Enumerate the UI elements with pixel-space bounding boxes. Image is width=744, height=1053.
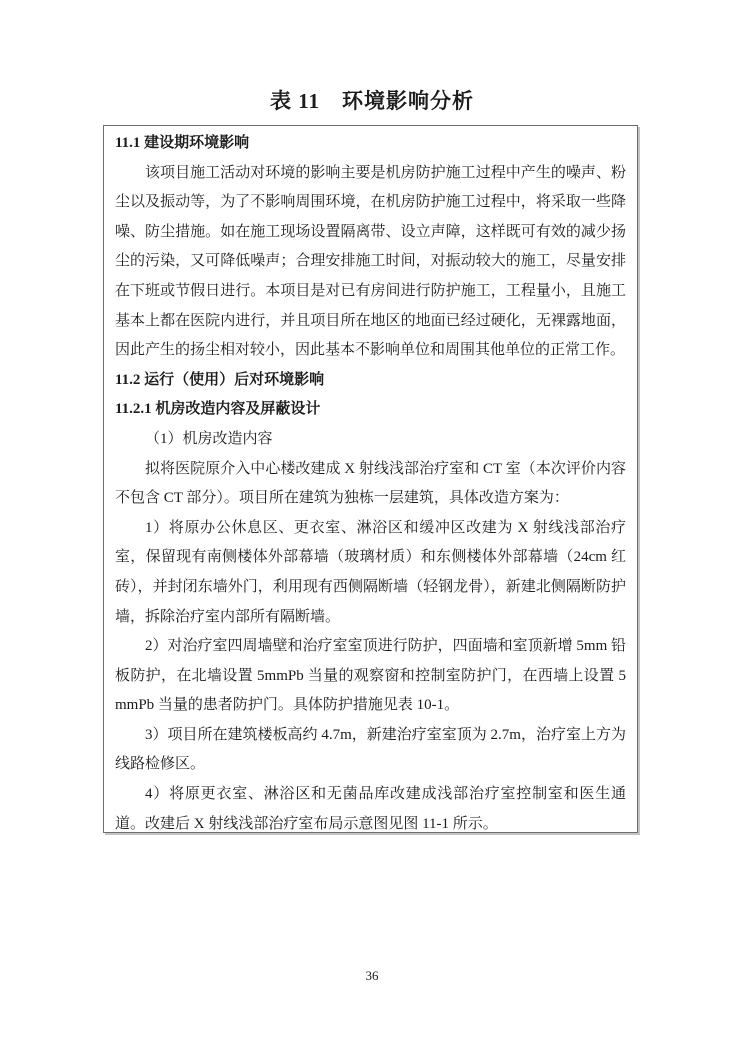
paragraph: 4）将原更衣室、淋浴区和无菌品库改建成浅部治疗室控制室和医生通道。改建后 X 射…: [115, 780, 626, 833]
section-heading: 11.2.1 机房改造内容及屏蔽设计: [115, 395, 626, 425]
page-number: 36: [0, 968, 744, 984]
section-heading: 11.1 建设期环境影响: [115, 129, 626, 159]
section-heading: 11.2 运行（使用）后对环境影响: [115, 366, 626, 396]
table-title: 表 11 环境影响分析: [0, 85, 744, 115]
paragraph: 拟将医院原介入中心楼改建成 X 射线浅部治疗室和 CT 室（本次评价内容不包含 …: [115, 455, 626, 514]
paragraph: 2）对治疗室四周墙壁和治疗室室顶进行防护，四面墙和室顶新增 5mm 铅板防护，在…: [115, 632, 626, 721]
paragraph: （1）机房改造内容: [115, 425, 626, 455]
paragraph: 1）将原办公休息区、更衣室、淋浴区和缓冲区改建为 X 射线浅部治疗室，保留现有南…: [115, 514, 626, 632]
paragraph: 该项目施工活动对环境的影响主要是机房防护施工过程中产生的噪声、粉尘以及振动等，为…: [115, 159, 626, 366]
paragraph: 3）项目所在建筑楼板高约 4.7m，新建治疗室室顶为 2.7m，治疗室上方为线路…: [115, 721, 626, 780]
document-page: { "page": { "title": "表 11 环境影响分析", "pag…: [0, 0, 744, 1053]
content-box: 11.1 建设期环境影响该项目施工活动对环境的影响主要是机房防护施工过程中产生的…: [103, 125, 638, 833]
